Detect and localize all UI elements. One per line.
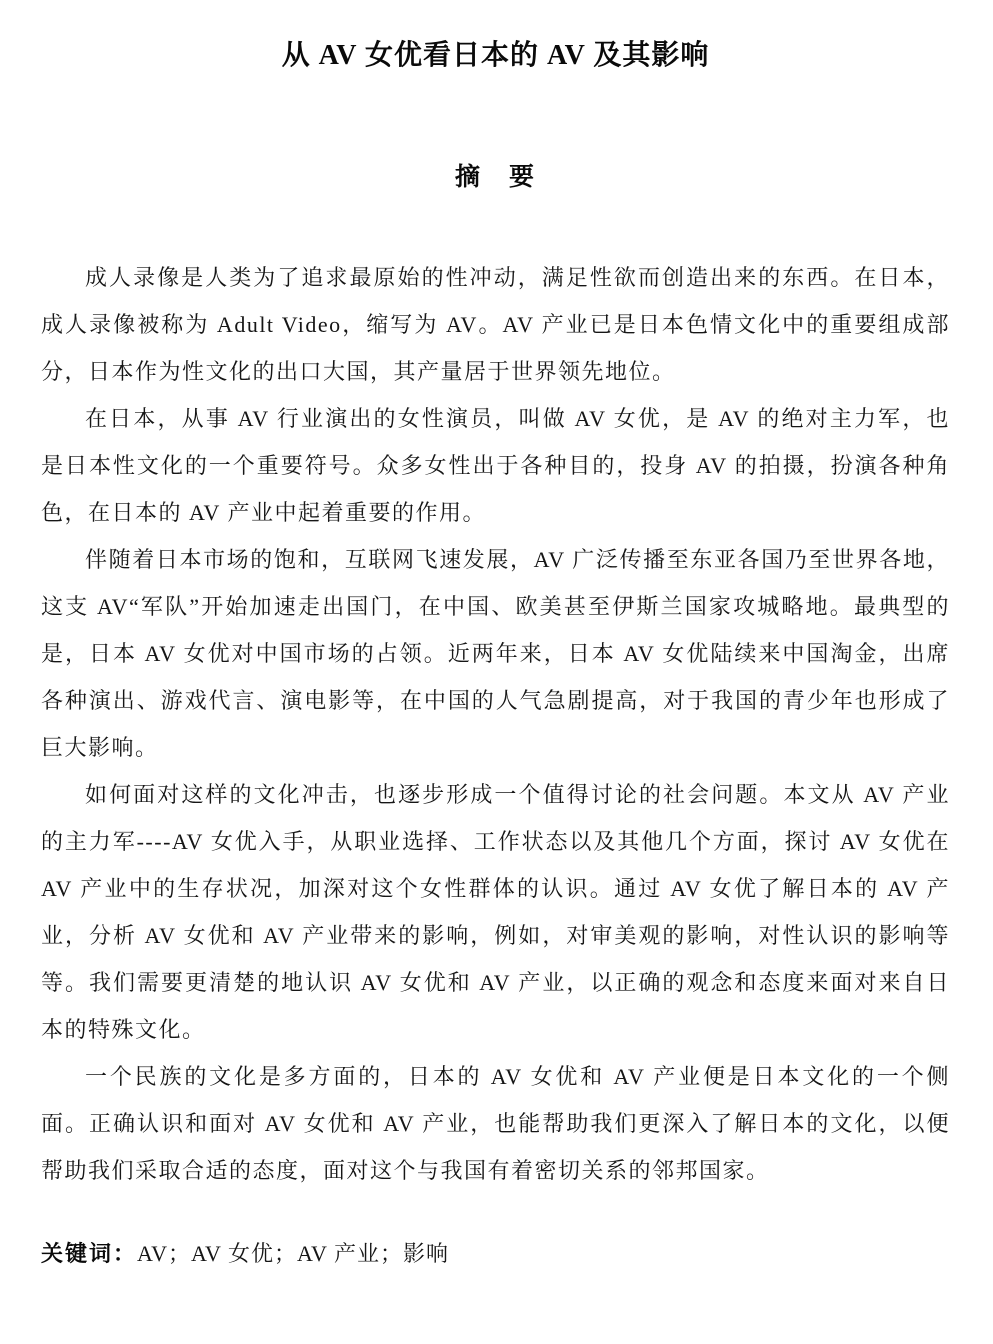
- abstract-paragraph-4: 如何面对这样的文化冲击，也逐步形成一个值得讨论的社会问题。本文从 AV 产业的主…: [41, 771, 950, 1053]
- abstract-page: 从 AV 女优看日本的 AV 及其影响 摘 要 成人录像是人类为了追求最原始的性…: [0, 0, 993, 1344]
- keywords-line: 关键词：AV；AV 女优；AV 产业；影响: [41, 1239, 950, 1269]
- abstract-paragraph-5: 一个民族的文化是多方面的，日本的 AV 女优和 AV 产业便是日本文化的一个侧面…: [41, 1053, 950, 1194]
- keywords-text: AV；AV 女优；AV 产业；影响: [137, 1241, 449, 1266]
- abstract-paragraph-3: 伴随着日本市场的饱和，互联网飞速发展，AV 广泛传播至东亚各国乃至世界各地，这支…: [41, 536, 950, 771]
- paper-title: 从 AV 女优看日本的 AV 及其影响: [41, 30, 950, 73]
- abstract-paragraph-2: 在日本，从事 AV 行业演出的女性演员，叫做 AV 女优，是 AV 的绝对主力军…: [41, 395, 950, 536]
- keywords-label: 关键词：: [41, 1241, 137, 1266]
- abstract-heading: 摘 要: [41, 157, 950, 193]
- abstract-body: 成人录像是人类为了追求最原始的性冲动，满足性欲而创造出来的东西。在日本，成人录像…: [41, 254, 950, 1194]
- abstract-paragraph-1: 成人录像是人类为了追求最原始的性冲动，满足性欲而创造出来的东西。在日本，成人录像…: [41, 254, 950, 395]
